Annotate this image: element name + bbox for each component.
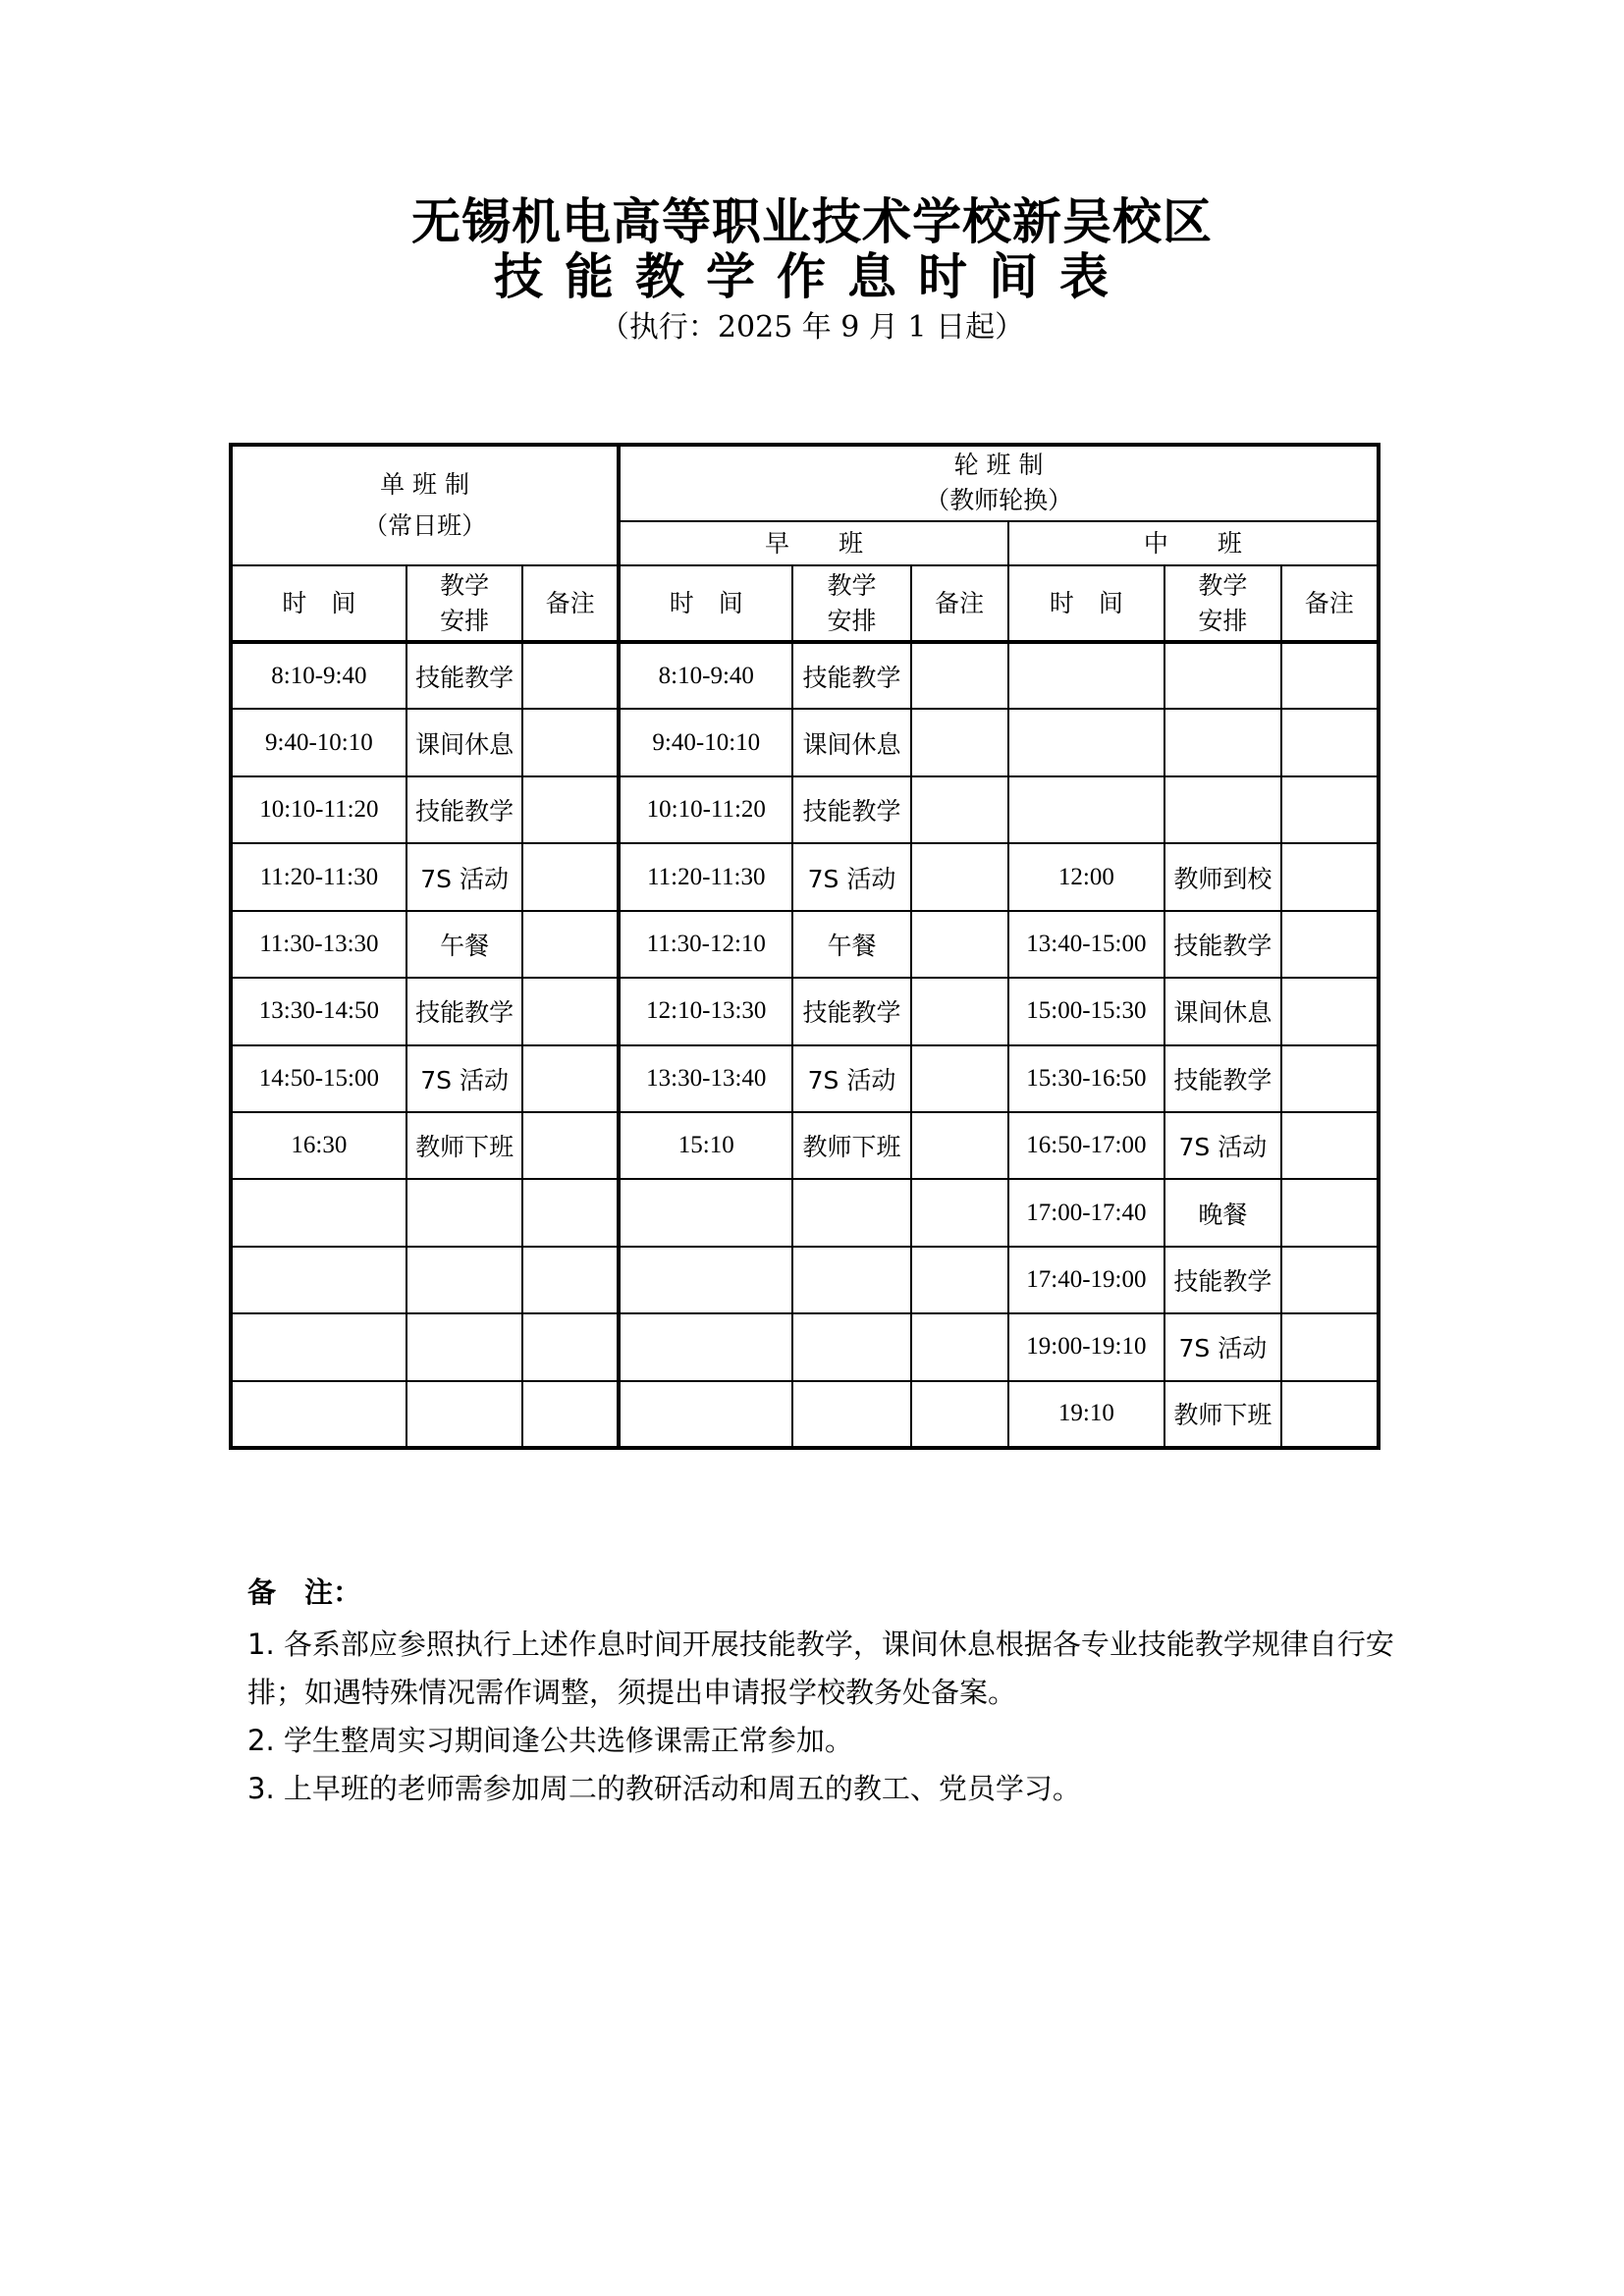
cell-s-note <box>522 1112 619 1179</box>
note-item: 2. 学生整周实习期间逢公共选修课需正常参加。 <box>247 1717 1406 1765</box>
notes-section: 备 注： 1. 各系部应参照执行上述作息时间开展技能教学，课间休息根据各专业技能… <box>247 1569 1406 1813</box>
col-header-remark: 备注 <box>911 565 1008 642</box>
cell-e-act: 技能教学 <box>792 776 910 843</box>
cell-m-act: 技能教学 <box>1164 911 1281 978</box>
table-row: 16:30教师下班15:10教师下班16:50-17:007S 活动 <box>231 1112 1379 1179</box>
cell-m-act <box>1164 709 1281 775</box>
cell-s-note <box>522 1247 619 1313</box>
cell-m-note <box>1281 776 1379 843</box>
cell-s-time: 16:30 <box>231 1112 406 1179</box>
cell-m-note <box>1281 911 1379 978</box>
col-header-time: 时 间 <box>231 565 406 642</box>
note-item: 3. 上早班的老师需参加周二的教研活动和周五的教工、党员学习。 <box>247 1765 1406 1813</box>
cell-e-act: 课间休息 <box>792 709 910 775</box>
cell-s-note <box>522 843 619 910</box>
cell-m-time <box>1008 776 1164 843</box>
cell-s-act: 7S 活动 <box>406 843 523 910</box>
cell-e-time <box>619 1247 792 1313</box>
cell-m-act: 晚餐 <box>1164 1179 1281 1246</box>
cell-m-note <box>1281 1179 1379 1246</box>
header-rotating-shift: 轮 班 制 （教师轮换） <box>619 445 1379 521</box>
cell-m-act: 教师到校 <box>1164 843 1281 910</box>
cell-s-act: 技能教学 <box>406 776 523 843</box>
cell-s-act <box>406 1381 523 1448</box>
cell-e-note <box>911 1381 1008 1448</box>
cell-m-note <box>1281 843 1379 910</box>
notes-heading: 备 注： <box>247 1569 1406 1617</box>
cell-e-note <box>911 776 1008 843</box>
cell-e-act: 午餐 <box>792 911 910 978</box>
cell-m-act <box>1164 642 1281 709</box>
cell-m-time: 12:00 <box>1008 843 1164 910</box>
cell-e-act: 7S 活动 <box>792 843 910 910</box>
cell-m-act <box>1164 776 1281 843</box>
col-header-arrangement: 教学安排 <box>406 565 523 642</box>
cell-m-note <box>1281 1313 1379 1380</box>
cell-s-time: 14:50-15:00 <box>231 1045 406 1112</box>
cell-m-act: 教师下班 <box>1164 1381 1281 1448</box>
cell-e-time: 10:10-11:20 <box>619 776 792 843</box>
cell-s-act: 午餐 <box>406 911 523 978</box>
table-row: 19:10教师下班 <box>231 1381 1379 1448</box>
cell-s-act <box>406 1313 523 1380</box>
schedule-table: 单 班 制 （常日班） 轮 班 制 （教师轮换） 早 班 中 班 时 间 教学安… <box>229 443 1380 1450</box>
document-title-schedule: 技能教学作息时间表 <box>0 247 1624 306</box>
cell-e-act: 教师下班 <box>792 1112 910 1179</box>
table-row: 9:40-10:10课间休息9:40-10:10课间休息 <box>231 709 1379 775</box>
cell-m-act: 7S 活动 <box>1164 1313 1281 1380</box>
header-middle-shift: 中 班 <box>1008 521 1379 566</box>
cell-s-act: 7S 活动 <box>406 1045 523 1112</box>
cell-e-time <box>619 1179 792 1246</box>
cell-s-note <box>522 1045 619 1112</box>
cell-e-time: 11:30-12:10 <box>619 911 792 978</box>
cell-e-note <box>911 1313 1008 1380</box>
cell-s-time: 8:10-9:40 <box>231 642 406 709</box>
cell-s-time: 9:40-10:10 <box>231 709 406 775</box>
cell-s-time: 11:30-13:30 <box>231 911 406 978</box>
cell-m-time <box>1008 642 1164 709</box>
cell-s-act: 教师下班 <box>406 1112 523 1179</box>
cell-s-time: 10:10-11:20 <box>231 776 406 843</box>
cell-s-act <box>406 1247 523 1313</box>
col-header-arrangement: 教学安排 <box>792 565 910 642</box>
table-row: 13:30-14:50技能教学12:10-13:30技能教学15:00-15:3… <box>231 978 1379 1044</box>
cell-s-note <box>522 1179 619 1246</box>
table-row: 11:20-11:307S 活动11:20-11:307S 活动12:00教师到… <box>231 843 1379 910</box>
cell-m-note <box>1281 1045 1379 1112</box>
cell-s-time <box>231 1381 406 1448</box>
effective-date: （执行：2025 年 9 月 1 日起） <box>0 306 1624 349</box>
cell-s-time: 13:30-14:50 <box>231 978 406 1044</box>
cell-m-time: 15:00-15:30 <box>1008 978 1164 1044</box>
cell-s-note <box>522 1381 619 1448</box>
cell-e-time <box>619 1313 792 1380</box>
cell-e-note <box>911 1112 1008 1179</box>
cell-e-act: 7S 活动 <box>792 1045 910 1112</box>
cell-m-time: 13:40-15:00 <box>1008 911 1164 978</box>
cell-s-note <box>522 911 619 978</box>
cell-s-time: 11:20-11:30 <box>231 843 406 910</box>
cell-e-act <box>792 1179 910 1246</box>
cell-e-note <box>911 843 1008 910</box>
cell-s-time <box>231 1247 406 1313</box>
col-header-time: 时 间 <box>1008 565 1164 642</box>
cell-m-note <box>1281 709 1379 775</box>
cell-e-act: 技能教学 <box>792 642 910 709</box>
cell-m-time: 19:10 <box>1008 1381 1164 1448</box>
cell-e-time: 9:40-10:10 <box>619 709 792 775</box>
cell-e-act <box>792 1313 910 1380</box>
col-header-remark: 备注 <box>522 565 619 642</box>
document-title-school: 无锡机电高等职业技术学校新吴校区 <box>0 192 1624 251</box>
cell-e-act: 技能教学 <box>792 978 910 1044</box>
note-item: 1. 各系部应参照执行上述作息时间开展技能教学，课间休息根据各专业技能教学规律自… <box>247 1621 1406 1717</box>
table-row: 11:30-13:30午餐11:30-12:10午餐13:40-15:00技能教… <box>231 911 1379 978</box>
cell-m-act: 技能教学 <box>1164 1247 1281 1313</box>
cell-e-act <box>792 1381 910 1448</box>
table-row: 17:00-17:40晚餐 <box>231 1179 1379 1246</box>
cell-e-time <box>619 1381 792 1448</box>
cell-s-act: 技能教学 <box>406 642 523 709</box>
table-row: 8:10-9:40技能教学8:10-9:40技能教学 <box>231 642 1379 709</box>
cell-m-act: 课间休息 <box>1164 978 1281 1044</box>
cell-m-note <box>1281 1112 1379 1179</box>
cell-e-note <box>911 1179 1008 1246</box>
cell-e-time: 8:10-9:40 <box>619 642 792 709</box>
cell-s-note <box>522 776 619 843</box>
cell-m-time: 17:00-17:40 <box>1008 1179 1164 1246</box>
table-row: 14:50-15:007S 活动13:30-13:407S 活动15:30-16… <box>231 1045 1379 1112</box>
cell-e-time: 15:10 <box>619 1112 792 1179</box>
cell-m-note <box>1281 642 1379 709</box>
cell-s-note <box>522 642 619 709</box>
cell-e-note <box>911 978 1008 1044</box>
cell-m-act: 7S 活动 <box>1164 1112 1281 1179</box>
table-row: 10:10-11:20技能教学10:10-11:20技能教学 <box>231 776 1379 843</box>
col-header-arrangement: 教学安排 <box>1164 565 1281 642</box>
table-row: 17:40-19:00技能教学 <box>231 1247 1379 1313</box>
cell-m-time: 15:30-16:50 <box>1008 1045 1164 1112</box>
cell-s-note <box>522 709 619 775</box>
cell-e-note <box>911 1045 1008 1112</box>
cell-e-note <box>911 709 1008 775</box>
cell-e-note <box>911 911 1008 978</box>
cell-s-act: 课间休息 <box>406 709 523 775</box>
cell-s-note <box>522 978 619 1044</box>
col-header-time: 时 间 <box>619 565 792 642</box>
cell-s-time <box>231 1179 406 1246</box>
cell-s-note <box>522 1313 619 1380</box>
cell-e-note <box>911 642 1008 709</box>
cell-m-note <box>1281 978 1379 1044</box>
cell-s-act: 技能教学 <box>406 978 523 1044</box>
cell-s-time <box>231 1313 406 1380</box>
cell-m-note <box>1281 1381 1379 1448</box>
header-early-shift: 早 班 <box>619 521 1008 566</box>
cell-e-time: 11:20-11:30 <box>619 843 792 910</box>
cell-e-time: 12:10-13:30 <box>619 978 792 1044</box>
cell-s-act <box>406 1179 523 1246</box>
cell-m-time: 16:50-17:00 <box>1008 1112 1164 1179</box>
cell-e-note <box>911 1247 1008 1313</box>
cell-e-time: 13:30-13:40 <box>619 1045 792 1112</box>
cell-m-time: 19:00-19:10 <box>1008 1313 1164 1380</box>
cell-m-act: 技能教学 <box>1164 1045 1281 1112</box>
cell-e-act <box>792 1247 910 1313</box>
cell-m-time <box>1008 709 1164 775</box>
cell-m-time: 17:40-19:00 <box>1008 1247 1164 1313</box>
cell-m-note <box>1281 1247 1379 1313</box>
header-single-shift: 单 班 制 （常日班） <box>231 445 619 565</box>
table-row: 19:00-19:107S 活动 <box>231 1313 1379 1380</box>
col-header-remark: 备注 <box>1281 565 1379 642</box>
